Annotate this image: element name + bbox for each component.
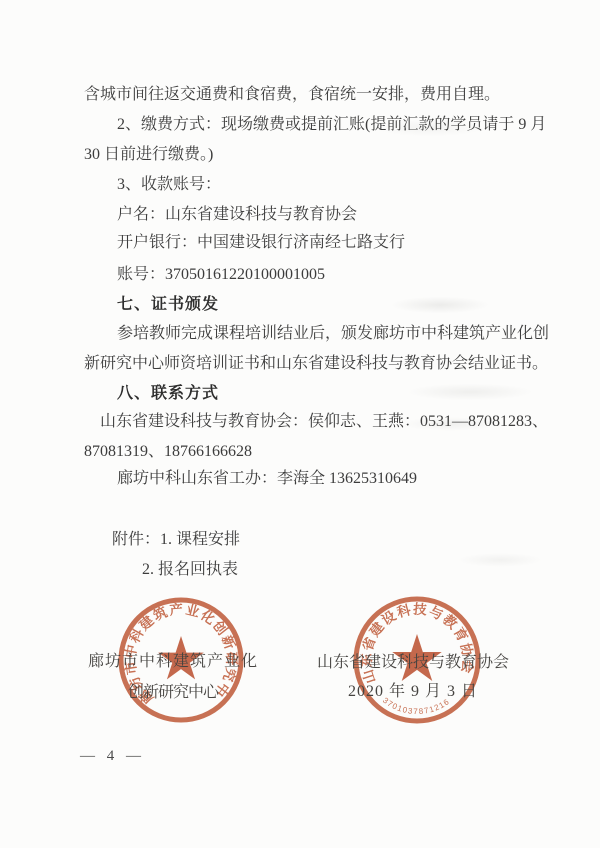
line-contact-phones: 87081319、18766166628 xyxy=(84,438,252,461)
line-account-name: 户名：山东省建设科技与教育协会 xyxy=(117,201,357,224)
document-page: 廊坊市中科建筑产业化创新研究中心 山东省建设科技与教育协会 3701037871… xyxy=(0,0,600,848)
section-heading-contact: 八、联系方式 xyxy=(117,380,219,403)
line-payment-deadline: 30 日前进行缴费。) xyxy=(84,141,213,164)
line-account-heading: 3、收款账号： xyxy=(117,171,221,194)
line-certificate-1: 参培教师完成课程培训结业后，颁发廊坊市中科建筑产业化创 xyxy=(117,320,549,343)
line-certificate-2: 新研究中心师资培训证书和山东省建设科技与教育协会结业证书。 xyxy=(84,350,548,373)
section-heading-certificate: 七、证书颁发 xyxy=(117,291,219,314)
line-contact-office: 廊坊中科山东省工办：李海全 13625310649 xyxy=(117,465,417,488)
signature-right-line1: 山东省建设科技与教育协会 xyxy=(317,649,509,672)
line-payment-method: 2、缴费方式：现场缴费或提前汇账(提前汇款的学员请于 9 月 xyxy=(117,111,546,134)
line-fees-note: 含城市间往返交通费和食宿费，食宿统一安排，费用自理。 xyxy=(84,81,500,104)
line-attachment-1: 附件：1. 课程安排 xyxy=(112,526,240,549)
line-contact-association: 山东省建设科技与教育协会：侯仰志、王燕：0531—87081283、 xyxy=(100,408,548,431)
signature-left-line1: 廊坊市中科建筑产业化 xyxy=(88,648,258,671)
line-attachment-2: 2. 报名回执表 xyxy=(142,556,238,579)
page-number: — 4 — xyxy=(80,748,145,765)
line-account-number: 账号：37050161220100001005 xyxy=(117,261,325,284)
line-bank-branch: 开户银行：中国建设银行济南经七路支行 xyxy=(117,229,405,252)
signature-right-date: 2020 年 9 月 3 日 xyxy=(317,678,509,701)
signature-left-line2: 创新研究中心 xyxy=(88,679,258,702)
